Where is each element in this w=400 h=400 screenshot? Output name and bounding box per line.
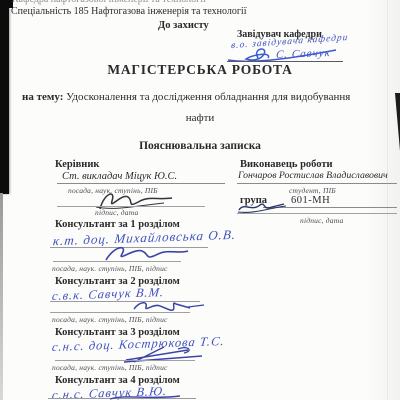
signature-consultant-3: [118, 345, 220, 364]
signature-consultant-1: [100, 242, 192, 263]
consultant-2-sign-line: [50, 312, 190, 313]
topic-label: на тему:: [22, 91, 63, 103]
supervisor-name-line: [57, 183, 225, 184]
executor-name: Гончаров Ростислав Владиславович: [238, 171, 388, 182]
supervisor-label: Керівник: [55, 159, 99, 171]
consultant-2-caption: посада, наук. ступінь, ПІБ, підпис: [52, 315, 168, 324]
topic-line: на тему: Удосконалення та дослідження об…: [22, 91, 350, 103]
executor-sign-caption: підпис, дата: [300, 216, 343, 225]
consultant-1-sign-line: [53, 261, 181, 262]
executor-sign-line: [237, 213, 397, 214]
consultant-3-caption: посада, наук. ступінь, ПІБ, підпис: [52, 363, 168, 372]
subtitle: Пояснювальна записка: [0, 140, 400, 153]
thesis-title: МАГІСТЕРСЬКА РОБОТА: [0, 63, 400, 78]
signature-consultant-4: [108, 394, 182, 400]
executor-caption: студент, ПІБ: [289, 186, 336, 195]
consultant-3-sign-line: [55, 360, 195, 361]
consultant-1-caption: посада, наук. ступінь, ПІБ, підпис: [52, 264, 168, 273]
topic-text: Удосконалення та дослідження обладнання …: [66, 91, 350, 103]
specialty-line: Спеціальність 185 Нафтогазова інженерія …: [11, 6, 247, 17]
topic-line2: нафти: [0, 112, 400, 124]
supervisor-name: Ст. викладач Міцук Ю.С.: [62, 171, 177, 183]
supervisor-sign-line: [57, 206, 205, 207]
scan-edge-left-thin: [0, 193, 3, 400]
clipped-top-line: Кафедра нафтогазової інженерії та технол…: [12, 0, 206, 5]
scanned-page: Кафедра нафтогазової інженерії та технол…: [0, 0, 400, 400]
executor-label: Виконавець роботи: [240, 159, 333, 171]
scan-edge-left-bar: [0, 7, 9, 194]
supervisor-sign-caption: підпис, дата: [95, 208, 138, 217]
group-value: 601-МН: [291, 195, 330, 207]
to-defense-label: До захисту: [158, 20, 209, 32]
executor-name-line: [237, 183, 397, 184]
paper-right-shade: [366, 0, 400, 400]
